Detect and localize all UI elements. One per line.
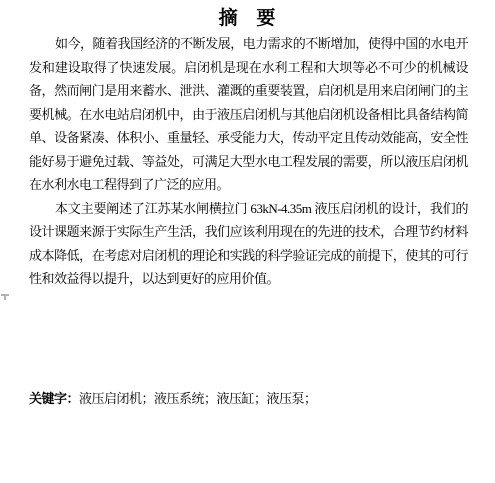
document-page: 摘 要 如今，随着我国经济的不断发展，电力需求的不断增加，使得中国的水电开发和建…: [0, 0, 495, 483]
abstract-body: 如今，随着我国经济的不断发展，电力需求的不断增加，使得中国的水电开发和建设取得了…: [0, 32, 495, 291]
abstract-paragraph-1: 如今，随着我国经济的不断发展，电力需求的不断增加，使得中国的水电开发和建设取得了…: [29, 32, 468, 197]
keywords-line: 关键字：液压启闭机；液压系统；液压缸；液压泵；: [29, 389, 317, 409]
abstract-paragraph-2: 本文主要阐述了江苏某水闸横拉门 63kN-4.35m 液压启闭机的设计，我们的设…: [29, 197, 468, 291]
page-title: 摘 要: [0, 6, 495, 32]
keywords-text: 液压启闭机；液压系统；液压缸；液压泵；: [79, 391, 317, 406]
keywords-label: 关键字：: [29, 391, 79, 406]
table-handle-marker: [1, 294, 9, 296]
